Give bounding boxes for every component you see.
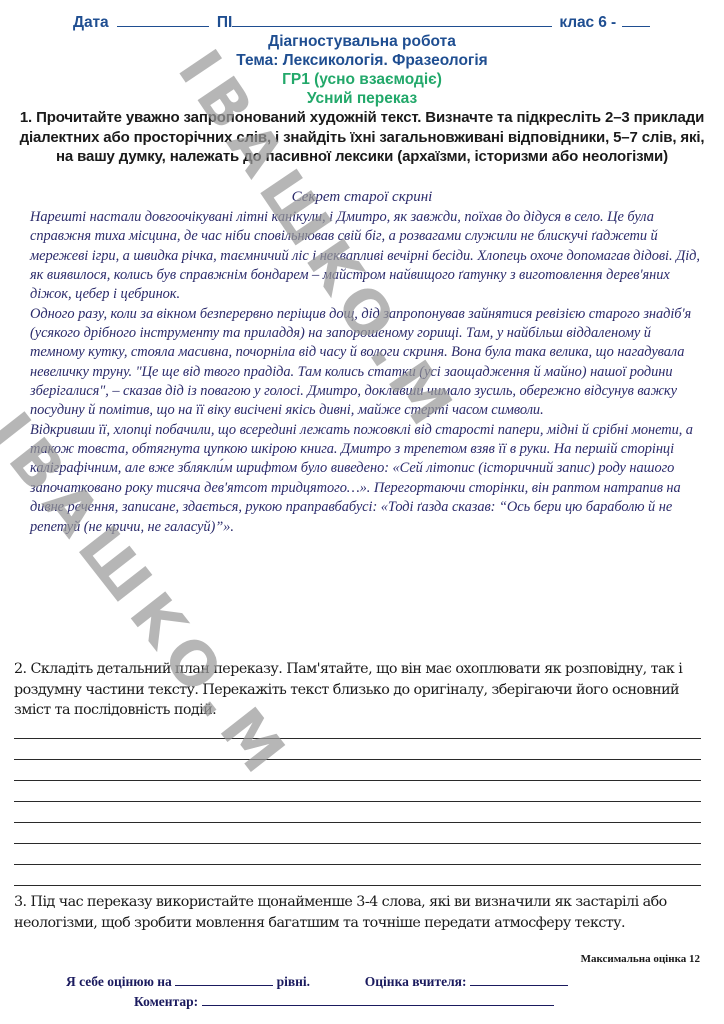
- class-label: клас 6 -: [559, 14, 616, 31]
- self-assessment-field[interactable]: [175, 973, 273, 986]
- name-field[interactable]: [232, 12, 552, 27]
- date-field[interactable]: [117, 12, 209, 27]
- story-paragraph: Нарешті настали довгоочікувані літні кан…: [30, 208, 706, 305]
- story-text: Нарешті настали довгоочікувані літні кан…: [30, 208, 706, 537]
- max-score: Максимальна оцінка 12: [581, 953, 700, 965]
- self-assessment-row: Я себе оцінюю на рівні. Оцінка вчителя:: [66, 973, 568, 990]
- answer-line[interactable]: [14, 843, 701, 844]
- answer-line[interactable]: [14, 822, 701, 823]
- story-title: Секрет старої скрині: [0, 189, 724, 206]
- answer-line[interactable]: [14, 864, 701, 865]
- answer-line[interactable]: [14, 738, 701, 739]
- worksheet-group: ГР1 (усно взаємодіє): [0, 71, 724, 89]
- date-label: Дата: [73, 14, 108, 31]
- task-3-instructions: 3. Під час переказу використайте щонайме…: [14, 892, 714, 933]
- self-assessment-label: Я себе оцінюю на: [66, 974, 172, 989]
- comment-row: Коментар:: [134, 993, 554, 1010]
- class-field[interactable]: [622, 12, 650, 27]
- teacher-grade-field[interactable]: [470, 973, 568, 986]
- teacher-grade-label: Оцінка вчителя:: [365, 974, 467, 989]
- worksheet-topic: Тема: Лексикологія. Фразеологія: [0, 52, 724, 70]
- task-2-instructions: 2. Складіть детальний план переказу. Пам…: [14, 659, 714, 721]
- story-paragraph: Одного разу, коли за вікном безперервно …: [30, 305, 706, 421]
- task-1-instructions: 1. Прочитайте уважно запропонований худо…: [14, 108, 710, 167]
- answer-line[interactable]: [14, 885, 701, 886]
- self-assessment-suffix: рівні.: [277, 974, 310, 989]
- answer-line[interactable]: [14, 780, 701, 781]
- student-info-row: Дата ПІ клас 6 -: [73, 12, 650, 32]
- worksheet-title: Діагностувальна робота: [0, 33, 724, 51]
- name-label: ПІ: [217, 14, 232, 31]
- story-paragraph: Відкривши її, хлопці побачили, що всеред…: [30, 421, 706, 537]
- comment-label: Коментар:: [134, 994, 198, 1009]
- answer-line[interactable]: [14, 759, 701, 760]
- answer-line[interactable]: [14, 801, 701, 802]
- comment-field[interactable]: [202, 993, 554, 1006]
- worksheet-page: Дата ПІ клас 6 - Діагностувальна робота …: [0, 0, 724, 1024]
- worksheet-subtitle: Усний переказ: [0, 90, 724, 108]
